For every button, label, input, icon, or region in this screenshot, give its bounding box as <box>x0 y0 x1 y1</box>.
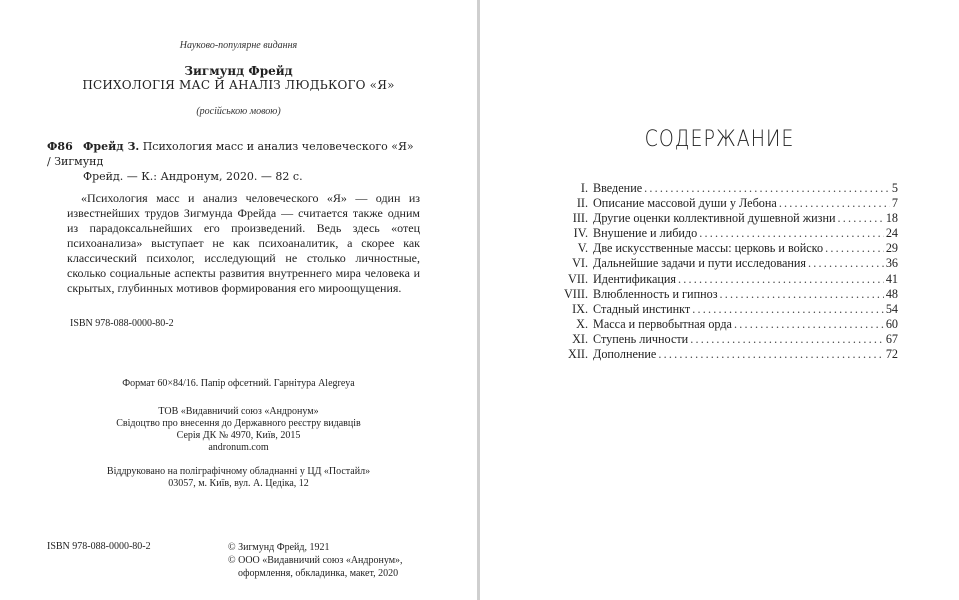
toc-entry-page: 54 <box>886 302 898 317</box>
toc-entry-number: X. <box>538 317 593 332</box>
toc-entry-page: 18 <box>886 211 898 226</box>
toc-entry-title: Ступень личности <box>593 332 688 347</box>
toc-entry-number: XI. <box>538 332 593 347</box>
toc-entry: I.Введение5 <box>538 181 898 196</box>
toc-entry-number: VII. <box>538 272 593 287</box>
printer-line: 03057, м. Київ, вул. А. Цедіка, 12 <box>0 478 477 490</box>
series-label: Науково-популярне видання <box>0 40 477 51</box>
toc-entry: VI.Дальнейшие задачи и пути исследования… <box>538 256 898 271</box>
toc-leader-dots <box>690 332 884 347</box>
format-line: Формат 60×84/16. Папір офсетний. Гарніту… <box>0 378 477 389</box>
toc-entry-page: 60 <box>886 317 898 332</box>
copyright-line: © ООО «Видавничий союз «Андронум», <box>228 554 403 567</box>
toc-leader-dots <box>678 272 884 287</box>
publisher-website: andronum.com <box>0 442 477 454</box>
printer-block: Віддруковано на поліграфічному обладнанн… <box>0 466 477 490</box>
toc-entry-title: Масса и первобытная орда <box>593 317 732 332</box>
toc-entry-title: Другие оценки коллективной душевной жизн… <box>593 211 836 226</box>
toc-entry-number: IX. <box>538 302 593 317</box>
toc-entry: VII.Идентификация41 <box>538 272 898 287</box>
toc-title: СОДЕРЖАНИЕ <box>480 126 959 151</box>
printer-line: Віддруковано на поліграфічному обладнанн… <box>0 466 477 478</box>
toc-entry-number: II. <box>538 196 593 211</box>
toc-entry-number: XII. <box>538 347 593 362</box>
toc-entry-title: Идентификация <box>593 272 676 287</box>
toc-entry-number: III. <box>538 211 593 226</box>
copyright-line: © Зигмунд Фрейд, 1921 <box>228 541 403 554</box>
publisher-line: Серія ДК № 4970, Київ, 2015 <box>0 430 477 442</box>
toc-leader-dots <box>734 317 884 332</box>
publisher-line: Свідоцтво про внесення до Державного реє… <box>0 418 477 430</box>
toc-entry-title: Внушение и либидо <box>593 226 697 241</box>
toc-entry: V.Две искусственные массы: церковь и вой… <box>538 241 898 256</box>
toc-entry-title: Введение <box>593 181 642 196</box>
toc-entry: VIII.Влюбленность и гипноз48 <box>538 287 898 302</box>
toc-leader-dots <box>699 226 884 241</box>
copyright-line: оформлення, обкладинка, макет, 2020 <box>228 567 403 580</box>
toc-entry-page: 36 <box>886 256 898 271</box>
table-of-contents: I.Введение5II.Описание массовой души у Л… <box>538 181 898 362</box>
toc-entry-title: Стадный инстинкт <box>593 302 690 317</box>
catalog-line2: Фрейд. — К.: Андронум, 2020. — 82 с. <box>47 169 417 184</box>
catalog-code: Ф86 <box>47 139 83 154</box>
toc-entry-number: I. <box>538 181 593 196</box>
toc-entry: IV.Внушение и либидо24 <box>538 226 898 241</box>
toc-entry: IX.Стадный инстинкт54 <box>538 302 898 317</box>
language-note: (російською мовою) <box>0 106 477 117</box>
toc-entry-title: Описание массовой души у Лебона <box>593 196 777 211</box>
toc-entry-page: 48 <box>886 287 898 302</box>
publisher-line: ТОВ «Видавничий союз «Андронум» <box>0 406 477 418</box>
author-name: Зигмунд Фрейд <box>0 64 477 78</box>
contents-page: СОДЕРЖАНИЕ I.Введение5II.Описание массов… <box>480 0 959 600</box>
copyright-block: © Зигмунд Фрейд, 1921 © ООО «Видавничий … <box>228 541 403 580</box>
toc-entry: II.Описание массовой души у Лебона7 <box>538 196 898 211</box>
toc-entry-number: VI. <box>538 256 593 271</box>
toc-entry: XI.Ступень личности67 <box>538 332 898 347</box>
catalog-author: Фрейд З. <box>83 140 139 153</box>
toc-entry-page: 29 <box>886 241 898 256</box>
toc-entry: X.Масса и первобытная орда60 <box>538 317 898 332</box>
imprint-page: Науково-популярне видання Зигмунд Фрейд … <box>0 0 477 600</box>
isbn-bottom: ISBN 978-088-0000-80-2 <box>47 541 151 552</box>
toc-entry-page: 67 <box>886 332 898 347</box>
toc-leader-dots <box>720 287 884 302</box>
toc-entry: XII.Дополнение72 <box>538 347 898 362</box>
publisher-block: ТОВ «Видавничий союз «Андронум» Свідоцтв… <box>0 406 477 454</box>
toc-entry-title: Две искусственные массы: церковь и войск… <box>593 241 823 256</box>
toc-leader-dots <box>692 302 884 317</box>
abstract: «Психология масс и анализ человеческого … <box>67 191 420 296</box>
toc-entry-page: 5 <box>892 181 898 196</box>
toc-entry-page: 24 <box>886 226 898 241</box>
toc-entry-title: Дальнейшие задачи и пути исследования <box>593 256 806 271</box>
toc-entry-title: Дополнение <box>593 347 656 362</box>
toc-entry: III.Другие оценки коллективной душевной … <box>538 211 898 226</box>
isbn-top: ISBN 978-088-0000-80-2 <box>70 318 174 329</box>
toc-leader-dots <box>644 181 890 196</box>
toc-leader-dots <box>779 196 890 211</box>
toc-entry-page: 72 <box>886 347 898 362</box>
toc-leader-dots <box>658 347 883 362</box>
toc-entry-title: Влюбленность и гипноз <box>593 287 718 302</box>
toc-entry-number: IV. <box>538 226 593 241</box>
book-title: ПСИХОЛОГІЯ МАС Й АНАЛІЗ ЛЮДЬКОГО «Я» <box>0 78 477 92</box>
catalog-entry: Ф86Фрейд З. Психология масс и анализ чел… <box>47 139 417 184</box>
toc-leader-dots <box>838 211 884 226</box>
toc-entry-page: 7 <box>892 196 898 211</box>
toc-entry-page: 41 <box>886 272 898 287</box>
toc-leader-dots <box>825 241 884 256</box>
toc-leader-dots <box>808 256 884 271</box>
toc-entry-number: V. <box>538 241 593 256</box>
toc-entry-number: VIII. <box>538 287 593 302</box>
